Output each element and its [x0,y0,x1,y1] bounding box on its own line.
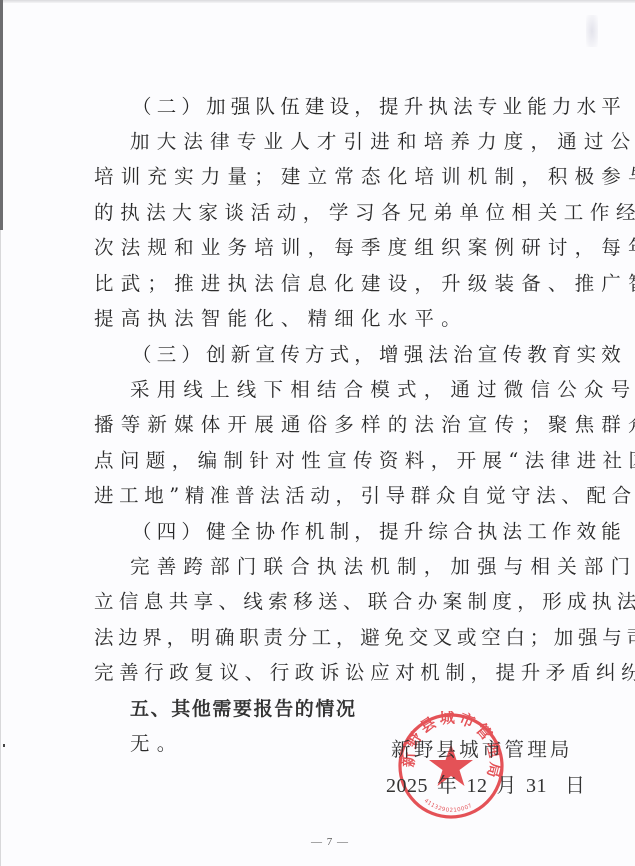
paragraph-line: 的执法大家谈活动，学习各兄弟单位相关工作经验。每月开展1 [94,201,564,225]
paragraph-line: 提高执法智能化、精细化水平。 [94,307,564,331]
date-month-char: 月 [497,775,518,797]
scan-left-edge-light [0,230,1,866]
section-heading-4: （四）健全协作机制，提升综合执法工作效能 [132,520,602,544]
date-day-char: 日 [565,775,586,797]
date-year: 2025 [386,775,428,797]
section-heading-2: （二）加强队伍建设，提升执法专业能力水平 [132,95,602,119]
paragraph-line: 采用线上线下相结合模式，通过微信公众号、短视频、直 [130,378,600,402]
paragraph-line: 点问题，编制针对性宣传资料，开展“法律进社区、进商户、 [94,449,564,473]
scan-speck [3,744,5,747]
paragraph-line: 播等新媒体开展通俗多样的法治宣传；聚焦群众关心的热点难 [94,413,564,437]
section-heading-3: （三）创新宣传方式，增强法治宣传教育实效 [132,343,602,367]
signing-date: 2025年12月31日 [386,769,586,798]
date-month: 12 [467,775,488,797]
section-heading-5: 五、其他需要报告的情况 [130,697,600,721]
paragraph-line: 法边界，明确职责分工，避免交叉或空白；加强与司法机关衔接， [94,626,564,650]
paragraph-line: 次法规和业务培训，每季度组织案例研讨，每年开展执法技能 [94,236,564,260]
scan-left-edge [0,0,3,230]
signing-organization: 新野县城市管理局 [391,734,573,762]
scan-bleed-mark [586,15,598,47]
paragraph-line: 立信息共享、线索移送、联合办案制度，形成执法合力；厘清执 [94,590,564,614]
page-number: — 7 — [311,836,349,848]
paragraph-line: 培训充实力量；建立常态化培训机制，积极参与市局牵头组织 [94,165,564,189]
document-page: （二）加强队伍建设，提升执法专业能力水平 加大法律专业人才引进和培养力度，通过公… [0,0,635,866]
scan-top-edge [0,0,635,3]
paragraph-line: 加大法律专业人才引进和培养力度，通过公开招录、在职 [130,130,600,154]
official-seal-stamp: 新野县城市管理局 4113290210007 [396,711,506,821]
date-year-char: 年 [437,775,458,797]
paragraph-line: 完善跨部门联合执法机制，加强与相关部门沟通协调，建 [130,555,600,579]
paragraph-line: 进工地”精准普法活动，引导群众自觉守法、配合城市管理。 [94,484,564,508]
paragraph-line: 完善行政复议、行政诉讼应对机制，提升矛盾纠纷化解能力。 [94,661,564,685]
paragraph-line: 比武；推进执法信息化建设，升级装备、推广智慧城管平台， [94,272,564,296]
date-day: 31 [526,775,547,797]
